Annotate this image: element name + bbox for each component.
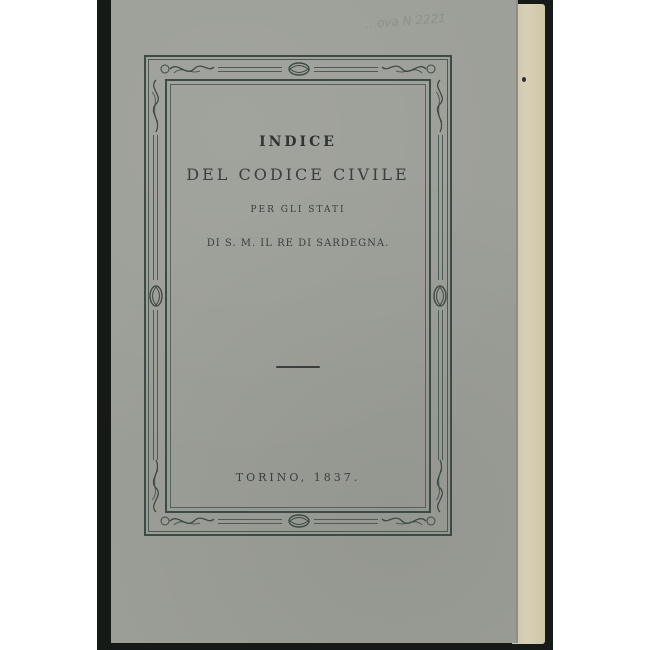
cover-fold-line — [516, 8, 517, 638]
band-rule — [218, 71, 282, 72]
ink-spot — [522, 77, 526, 82]
band-rule — [438, 135, 439, 280]
scroll-ornament-icon — [432, 78, 448, 134]
band-rule — [442, 310, 443, 460]
scroll-ornament-icon — [160, 513, 216, 529]
medallion-ornament-icon — [286, 61, 312, 77]
scroll-ornament-icon — [148, 78, 164, 134]
medallion-ornament-icon — [432, 283, 448, 309]
scroll-ornament-icon — [380, 61, 436, 77]
cover-title: INDICE — [165, 134, 431, 150]
band-rule — [314, 67, 378, 68]
band-rule — [218, 519, 282, 520]
band-rule — [157, 135, 158, 280]
scroll-ornament-icon — [148, 458, 164, 514]
cover-line-di: DI S. M. IL RE DI SARDEGNA. — [165, 238, 431, 249]
decorative-rule — [276, 366, 320, 368]
band-rule — [218, 67, 282, 68]
medallion-ornament-icon — [148, 283, 164, 309]
band-rule — [157, 310, 158, 460]
band-rule — [153, 135, 154, 280]
band-rule — [314, 71, 378, 72]
cover-line-per: PER GLI STATI — [165, 205, 431, 215]
cover-imprint: TORINO, 1837. — [165, 471, 431, 484]
band-rule — [218, 523, 282, 524]
band-rule — [314, 519, 378, 520]
band-rule — [438, 310, 439, 460]
scroll-ornament-icon — [432, 458, 448, 514]
band-rule — [314, 523, 378, 524]
band-rule — [153, 310, 154, 460]
scroll-ornament-icon — [160, 61, 216, 77]
band-rule — [442, 135, 443, 280]
scroll-ornament-icon — [380, 513, 436, 529]
cover-subtitle: DEL CODICE CIVILE — [165, 165, 431, 184]
medallion-ornament-icon — [286, 513, 312, 529]
